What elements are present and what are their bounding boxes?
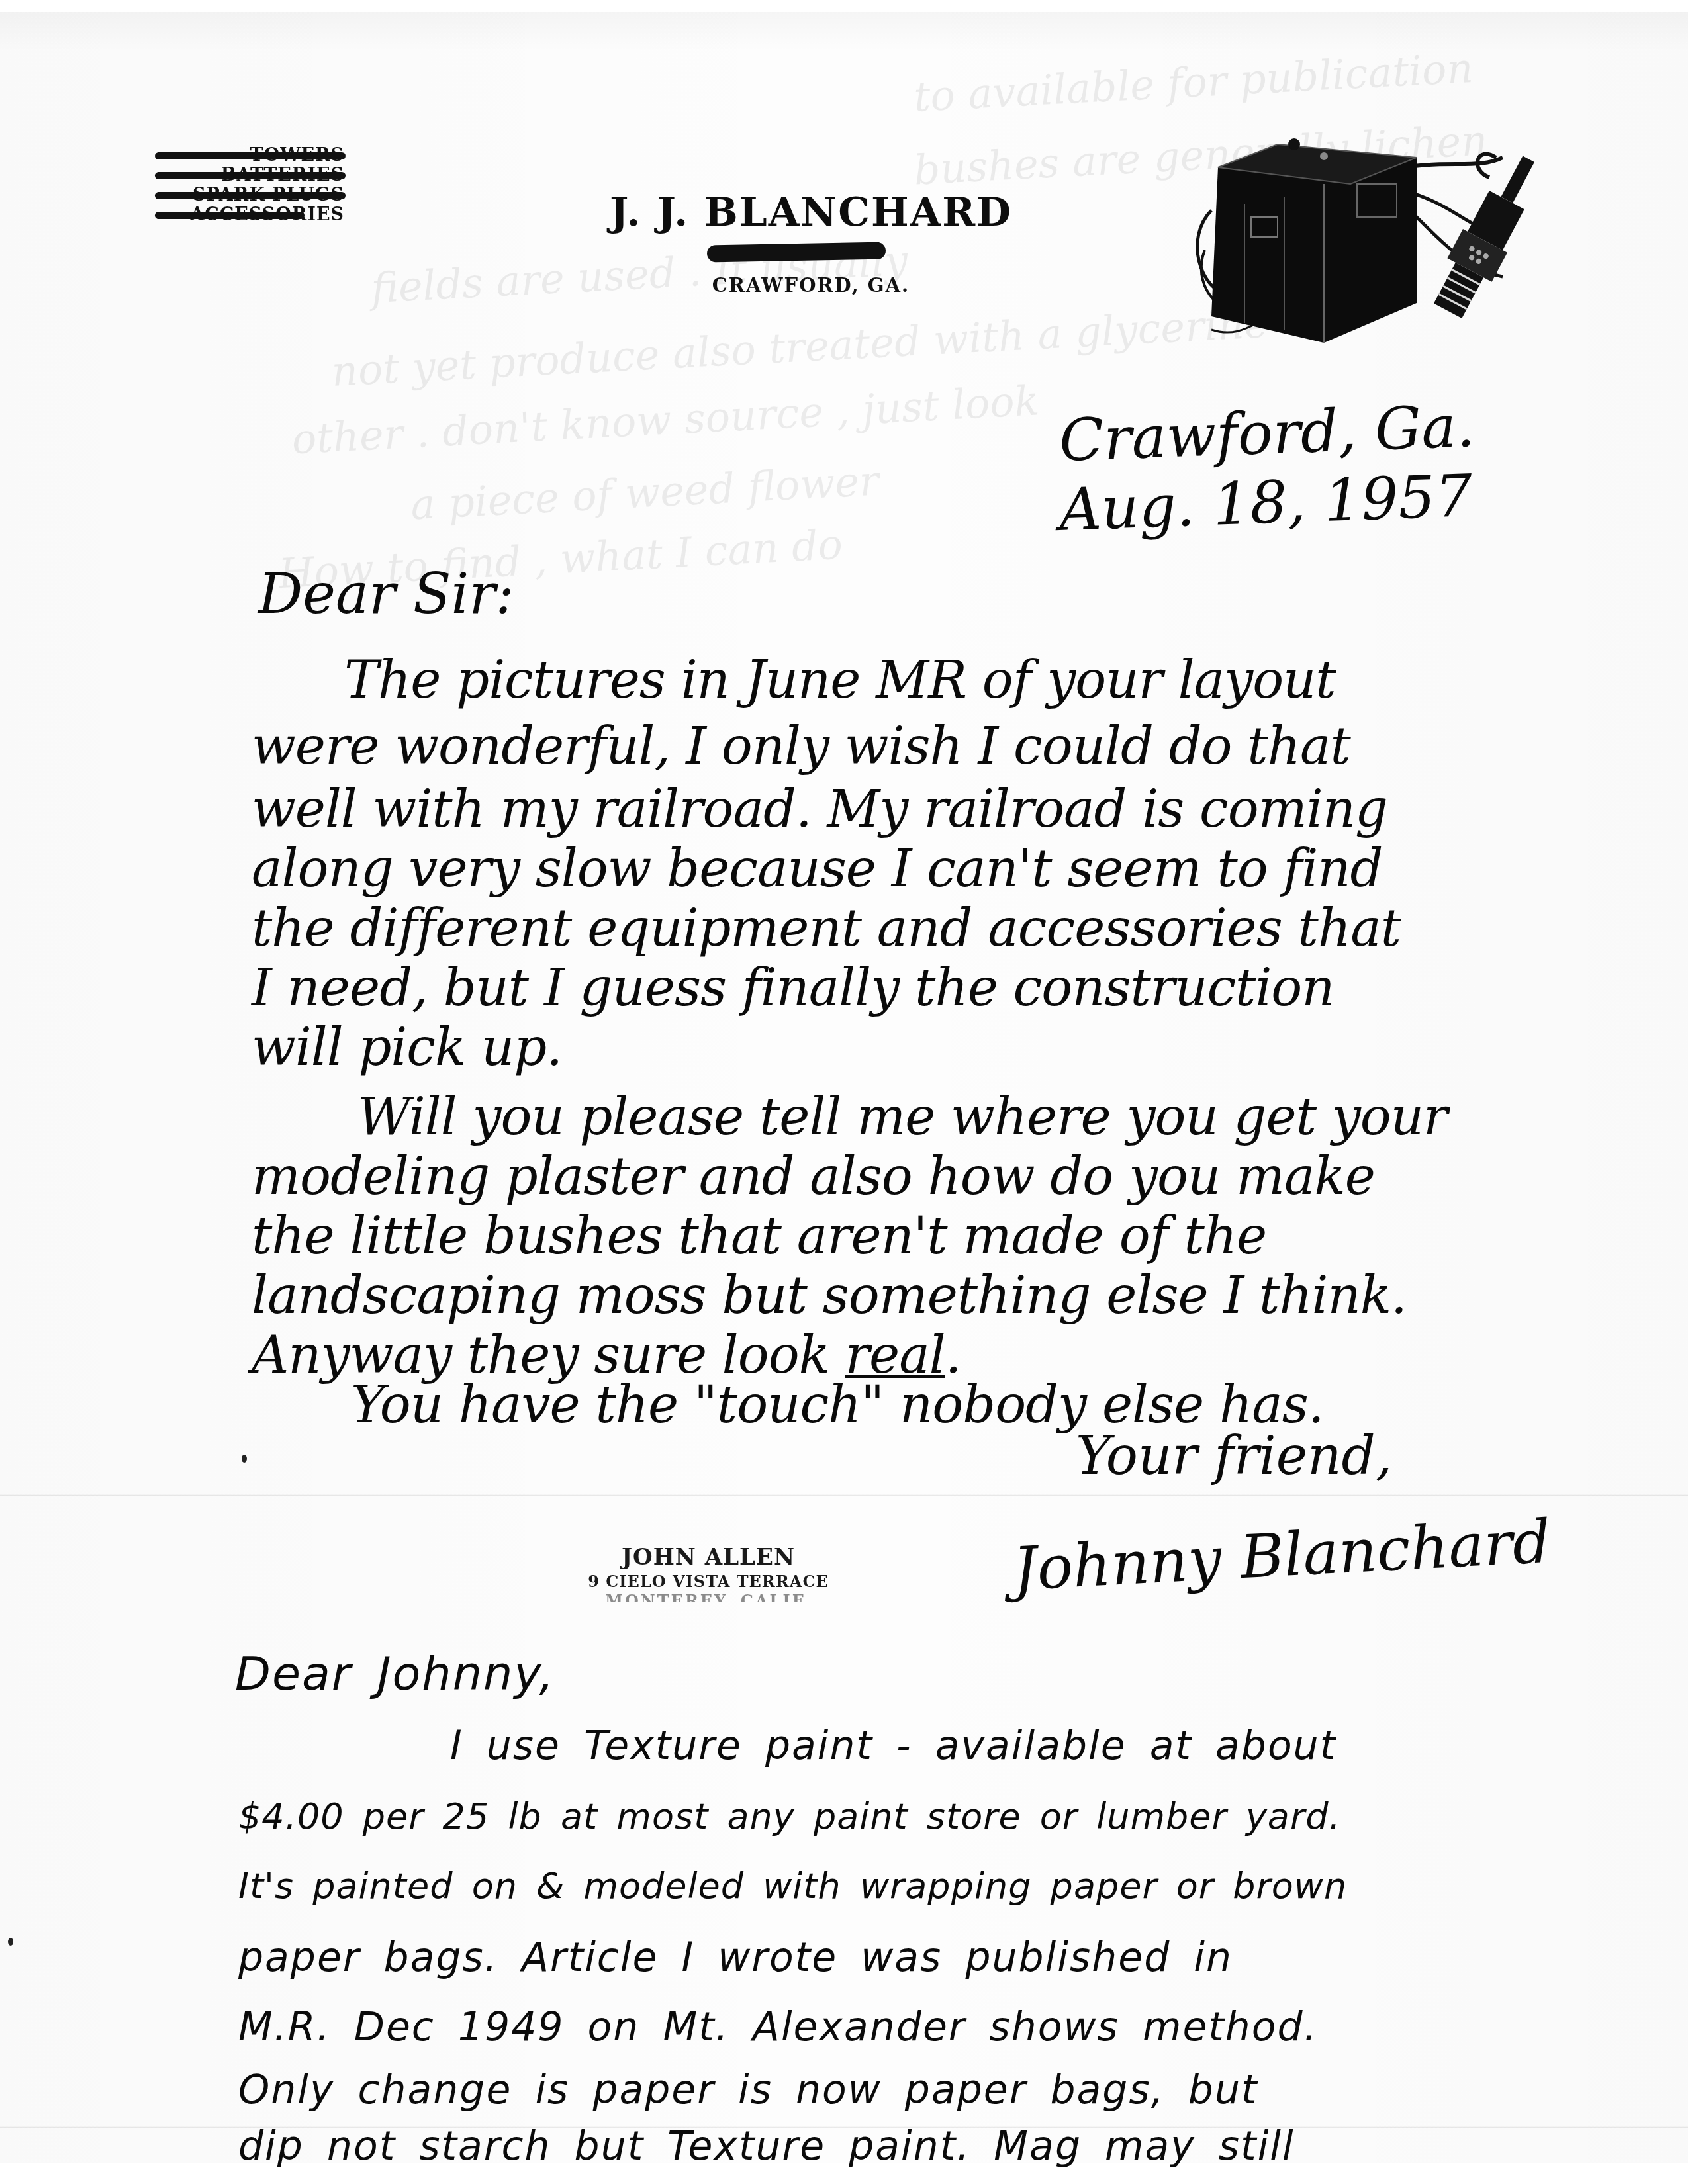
letter-body-line: I need, but I guess finally the construc… — [252, 958, 1335, 1018]
address-stamp: JOHN ALLEN 9 CIELO VISTA TERRACE MONTERE… — [569, 1544, 847, 1602]
firm-name: J. J. BLANCHARD — [539, 189, 1082, 236]
signature: Johnny Blanchard — [1011, 1507, 1552, 1604]
letter-page: to available for publication bushes are … — [0, 12, 1688, 2163]
stamp-city: MONTEREY, CALIF. — [569, 1591, 847, 1602]
reply-line: M.R. Dec 1949 on Mt. Alexander shows met… — [238, 2004, 1318, 2050]
struck-item: ACCESSORIES — [159, 205, 344, 225]
letter-body-line: will pick up. — [252, 1018, 562, 1077]
letter-body-line: landscaping moss but something else I th… — [252, 1266, 1407, 1326]
letter-place: Crawford, Ga. — [1058, 392, 1476, 475]
struck-item: BATTERIES — [159, 165, 344, 185]
reply-line: It's painted on & modeled with wrapping … — [238, 1865, 1347, 1907]
bleed-through-text: a piece of weed flower — [410, 457, 880, 529]
letter-closing: Your friend, — [1076, 1425, 1392, 1486]
letter-greeting: Dear Sir: — [258, 561, 514, 626]
letter-body-line: the different equipment and accessories … — [252, 899, 1401, 958]
ink-speck — [8, 1938, 13, 1946]
letter-body-line: The pictures in June MR of your layout — [344, 651, 1336, 710]
letter-body-line: Will you please tell me where you get yo… — [357, 1087, 1447, 1147]
letter-body-line: along very slow because I can't seem to … — [252, 839, 1383, 899]
letter-body-line: were wonderful, I only wish I could do t… — [252, 717, 1350, 776]
letter-date: Aug. 18, 1957 — [1058, 461, 1474, 544]
bleed-through-text: to available for publication — [913, 44, 1474, 121]
struck-item: SPARK PLUGS — [159, 185, 344, 205]
bleed-through-text: not yet produce also treated with a glyc… — [330, 298, 1270, 396]
stamp-street: 9 CIELO VISTA TERRACE — [569, 1572, 847, 1591]
battery-and-spark-plug-icon — [1192, 131, 1562, 369]
reply-line: I use Texture paint - available at about — [450, 1723, 1336, 1769]
ink-speck — [242, 1455, 247, 1463]
reply-line: dip not starch but Texture paint. Mag ma… — [238, 2123, 1295, 2169]
reply-line: $4.00 per 25 lb at most any paint store … — [238, 1796, 1341, 1837]
reply-greeting: Dear Johnny, — [235, 1647, 555, 1701]
letter-body-line: well with my railroad. My railroad is co… — [252, 780, 1387, 839]
struck-product-list: TOWERS BATTERIES SPARK PLUGS ACCESSORIES — [159, 146, 344, 225]
struck-item: TOWERS — [159, 146, 344, 165]
firm-location: CRAWFORD, GA. — [622, 274, 1000, 296]
stamp-name: JOHN ALLEN — [569, 1544, 847, 1570]
letter-body-line: the little bushes that aren't made of th… — [252, 1206, 1266, 1266]
letter-body-line: modeling plaster and also how do you mak… — [252, 1147, 1375, 1206]
reply-line: paper bags. Article I wrote was publishe… — [238, 1934, 1233, 1981]
fold-crease — [0, 1494, 1688, 1496]
reply-line: Only change is paper is now paper bags, … — [238, 2067, 1258, 2113]
redaction-scribble — [707, 242, 886, 263]
